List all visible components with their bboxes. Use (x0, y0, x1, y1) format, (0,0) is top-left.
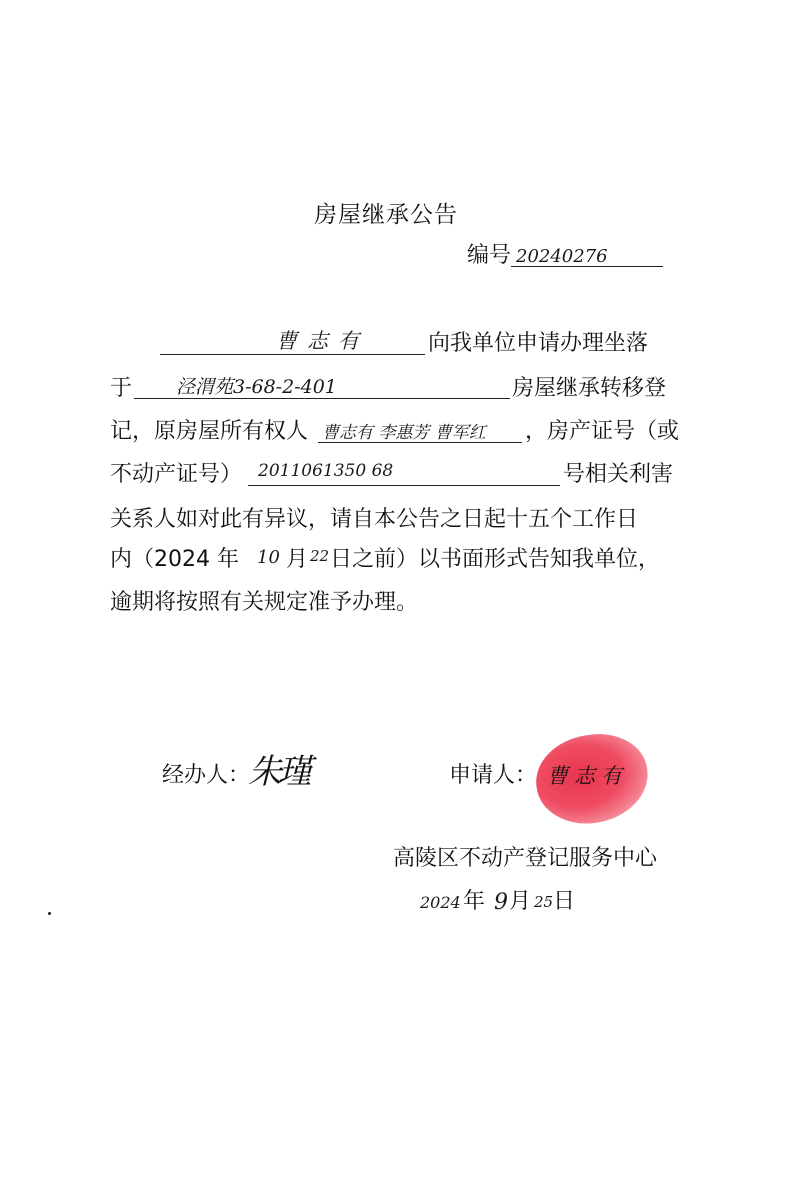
line6-prefix: 内（2024 年 (110, 549, 239, 571)
date-month: 9 (494, 890, 508, 915)
line3-suffix: ，房产证号（或 (525, 421, 679, 443)
line7-text: 逾期将按照有关规定准予办理。 (110, 592, 418, 614)
deadline-day: 22 (310, 547, 329, 565)
organization-name: 高陵区不动产登记服务中心 (393, 848, 657, 870)
line4-suffix: 号相关利害 (563, 464, 673, 486)
scan-speck (48, 912, 51, 915)
applicant-signature: 曹志有 (547, 760, 628, 790)
date-year-label: 年 (463, 891, 485, 913)
date-year: 2024 (420, 893, 461, 912)
property-address: 泾渭苑3-68-2-401 (176, 372, 337, 399)
document-title: 房屋继承公告 (314, 196, 458, 229)
applicant-underline (160, 354, 425, 355)
line6-month-label: 月 (286, 549, 308, 571)
line3-prefix: 记，原房屋所有权人 (110, 421, 308, 443)
line5-text: 关系人如对此有异议，请自本公告之日起十五个工作日 (110, 509, 638, 531)
number-underline (511, 266, 663, 267)
handler-label: 经办人： (162, 765, 250, 787)
line2-prefix: 于 (110, 378, 132, 400)
deadline-month: 10 (257, 547, 280, 568)
date-day: 25 (534, 893, 553, 911)
applicant-label: 申请人： (449, 765, 537, 787)
certificate-number: 2011061350 68 (258, 461, 393, 481)
number-value: 20240276 (516, 246, 608, 267)
line2-suffix: 房屋继承转移登 (512, 378, 666, 400)
handler-signature: 朱瑾 (248, 744, 308, 793)
date-day-label: 日 (553, 891, 575, 913)
applicant-name: 曹志有 (276, 325, 369, 355)
certificate-underline (248, 485, 560, 486)
address-underline (134, 398, 510, 399)
original-owners: 曹志有 李惠芳 曹军红 (322, 418, 486, 443)
owners-underline (318, 442, 522, 443)
number-label: 编号 (467, 245, 511, 267)
line4-prefix: 不动产证号） (110, 464, 242, 486)
line6-suffix: 日之前）以书面形式告知我单位， (330, 549, 660, 571)
date-month-label: 月 (509, 891, 531, 913)
line1-text: 向我单位申请办理坐落 (428, 333, 648, 355)
